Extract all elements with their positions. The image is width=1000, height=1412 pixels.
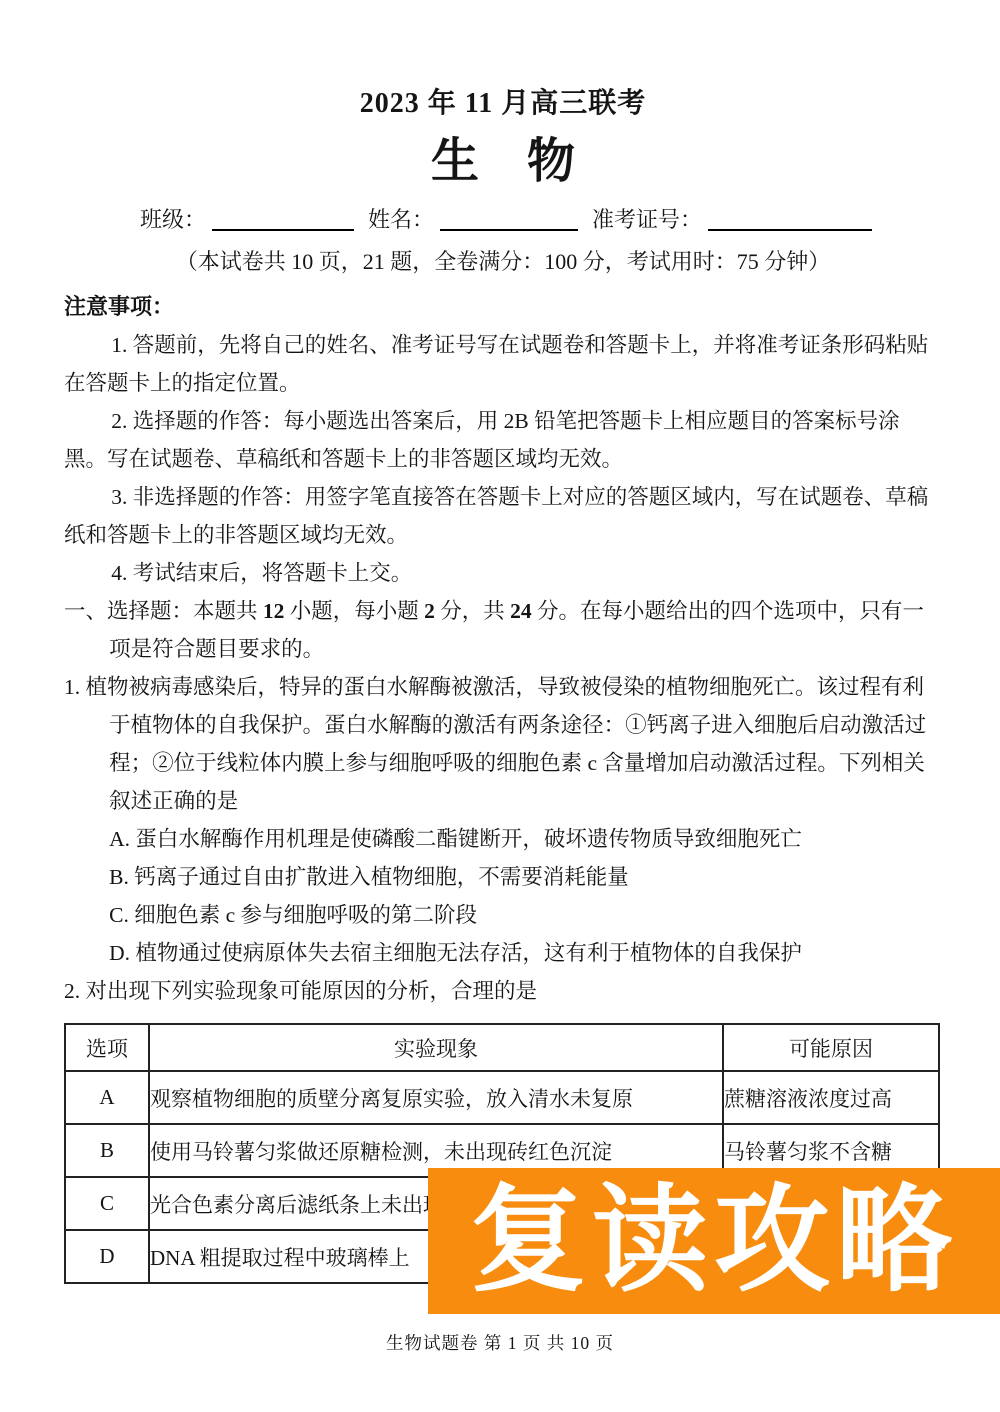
notice-item-1: 1. 答题前，先将自己的姓名、准考证号写在试题卷和答题卡上，并将准考证条形码粘贴… [64, 326, 942, 402]
notice-title: 注意事项： [64, 288, 942, 326]
subject-title: 生 物 [64, 132, 942, 190]
section-one-text: 分，共 [435, 599, 510, 623]
table-header-option: 选项 [65, 1024, 149, 1071]
exam-title: 2023 年 11 月高三联考 [64, 86, 942, 122]
question-1-stem: 1. 植物被病毒感染后，特异的蛋白水解酶被激活，导致被侵染的植物细胞死亡。该过程… [64, 668, 942, 820]
notice-item-4: 4. 考试结束后，将答题卡上交。 [64, 554, 942, 592]
table-row: A 观察植物细胞的质壁分离复原实验，放入清水未复原 蔗糖溶液浓度过高 [65, 1071, 939, 1124]
table-cell-reason: 蔗糖溶液浓度过高 [723, 1071, 939, 1124]
question-2-stem: 2. 对出现下列实验现象可能原因的分析，合理的是 [64, 972, 942, 1010]
paper-meta-line: （本试卷共 10 页，21 题，全卷满分：100 分，考试用时：75 分钟） [64, 244, 942, 280]
table-cell-option: C [65, 1177, 149, 1230]
section-one-header: 一、选择题：本题共 12 小题，每小题 2 分，共 24 分。在每小题给出的四个… [64, 592, 942, 668]
question-1-option-d: D. 植物通过使病原体失去宿主细胞无法存活，这有利于植物体的自我保护 [64, 934, 942, 972]
name-label: 姓名： [368, 207, 434, 232]
class-label: 班级： [140, 207, 206, 232]
question-1-option-c: C. 细胞色素 c 参与细胞呼吸的第二阶段 [64, 896, 942, 934]
notice-item-2: 2. 选择题的作答：每小题选出答案后，用 2B 铅笔把答题卡上相应题目的答案标号… [64, 402, 942, 478]
question-1-option-a: A. 蛋白水解酶作用机理是使磷酸二酯键断开，破坏遗传物质导致细胞死亡 [64, 820, 942, 858]
table-header-reason: 可能原因 [723, 1024, 939, 1071]
table-cell-option: D [65, 1230, 149, 1283]
name-blank-line [440, 205, 578, 231]
section-one-num-questions: 12 [263, 599, 285, 623]
table-cell-phenomenon: 观察植物细胞的质壁分离复原实验，放入清水未复原 [149, 1071, 723, 1124]
page-content: 2023 年 11 月高三联考 生 物 班级：姓名：准考证号： （本试卷共 10… [64, 0, 942, 1284]
page-footer: 生物试题卷 第 1 页 共 10 页 [0, 1330, 1000, 1355]
question-1-option-b: B. 钙离子通过自由扩散进入植物细胞，不需要消耗能量 [64, 858, 942, 896]
section-one-text: 一、选择题：本题共 [64, 599, 263, 623]
table-cell-option: A [65, 1071, 149, 1124]
table-header-phenomenon: 实验现象 [149, 1024, 723, 1071]
table-cell-option: B [65, 1124, 149, 1177]
ticket-blank-line [708, 205, 872, 231]
class-blank-line [212, 205, 354, 231]
section-one-points-each: 2 [424, 599, 435, 623]
ticket-label: 准考证号： [592, 207, 702, 232]
exam-paper-page: 2023 年 11 月高三联考 生 物 班级：姓名：准考证号： （本试卷共 10… [0, 0, 1000, 1412]
section-one-text: 小题，每小题 [284, 599, 424, 623]
student-info-row: 班级：姓名：准考证号： [64, 204, 942, 236]
notice-item-3: 3. 非选择题的作答：用签字笔直接答在答题卡上对应的答题区域内，写在试题卷、草稿… [64, 478, 942, 554]
table-header-row: 选项 实验现象 可能原因 [65, 1024, 939, 1071]
repeat-guide-watermark-banner: 复读攻略 [428, 1168, 1000, 1314]
section-one-points-total: 24 [510, 599, 532, 623]
